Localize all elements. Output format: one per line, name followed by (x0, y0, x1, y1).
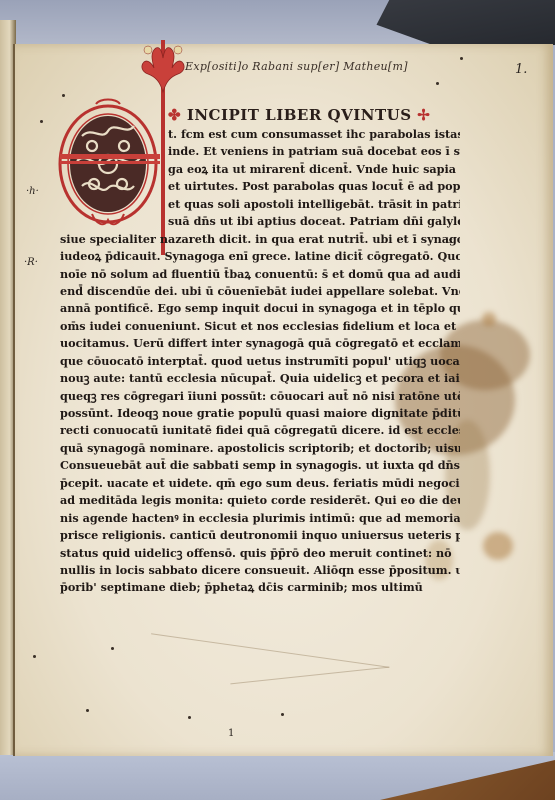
fleur-de-lis-ornament-icon (138, 42, 188, 97)
text-line: t. fcm est cum consumasset ihc parabolas… (60, 126, 460, 143)
text-line: annā pontificē. Ego semp inquit docui in… (60, 300, 460, 317)
pricking-dot (62, 94, 65, 97)
text-line: prisce religionis. canticū deutronomii i… (60, 527, 460, 544)
pricking-dot (40, 120, 43, 123)
text-line: et uirtutes. Post parabolas quas locut̄ … (60, 178, 460, 195)
pricking-dot (281, 713, 284, 716)
text-line: recti conuocatū iunitatē fidei quā cōgre… (60, 422, 460, 439)
pricking-dot (111, 647, 114, 650)
text-line: noīe nō solum ad fluentiū t̄baꝝ conuentū… (60, 266, 460, 283)
text-line: om̄s iudei conueniunt. Sicut et nos eccl… (60, 318, 460, 335)
margin-note-h: ·h· (26, 186, 39, 197)
incipit-text: INCIPIT LIBER QVINTUS (187, 106, 412, 124)
text-line: siue specialiter nazareth dicit. in qua … (60, 231, 460, 248)
text-line: ga eoꝝ ita ut mirarent̄ dicent̄. Vnde hu… (60, 161, 460, 178)
text-line: nouꝫ aute: tantū ecclesia nūcupat̄. Quia… (60, 370, 460, 387)
pricking-dot (460, 57, 463, 60)
running-header-note: Exp[ositi]o Rabani sup[er] Matheu[m] (185, 60, 408, 73)
pricking-dot (86, 709, 89, 712)
pricking-dot (436, 82, 439, 85)
water-stain-spot (483, 532, 513, 560)
text-line: p̄cepit. uacate et uidete. qm̄ ego sum d… (60, 475, 460, 492)
text-line: inde. Et veniens in patriam suā docebat … (60, 143, 460, 160)
text-line: possūnt. Ideoqꝫ noue gratie populū quasi… (60, 405, 460, 422)
text-line: end̄ discendūe dei. ubi ū cōuenīebāt iud… (60, 283, 460, 300)
text-line: ad meditāda legis monita: quieto corde r… (60, 492, 460, 509)
text-line: suā dn̄s ut ibi aptius doceat. Patriam d… (60, 213, 460, 230)
text-line: que cōuocatō interptat̄. quod uetus inst… (60, 353, 460, 370)
manuscript-text-block: t. fcm est cum consumasset ihc parabolas… (60, 126, 460, 597)
text-line: iudeoꝝ p̄dicauit. Synagoga enī grece. la… (60, 248, 460, 265)
text-line: nis agende hactenꝰ in ecclesia plurimis … (60, 510, 460, 527)
text-line: nullis in locis sabbato dicere consueuit… (60, 562, 460, 579)
text-line: queqꝫ res cōgregari īiuni possūt: cōuoca… (60, 388, 460, 405)
folio-number: 1. (515, 62, 527, 77)
pricking-dot (188, 716, 191, 719)
text-line: p̄orib' septimane dieb; p̄phetaꝝ dc̄is c… (60, 579, 460, 596)
text-line: uocitamus. Uerū differt inter synagogā q… (60, 335, 460, 352)
text-line: status quid uidelicꝫ offensō. quis p̄p̄r… (60, 545, 460, 562)
quire-mark: 1 (228, 728, 234, 739)
water-stain-spot-small (482, 312, 496, 326)
text-line: quā synagogā nominare. apostolicis scrip… (60, 440, 460, 457)
pricking-dot (33, 655, 36, 658)
incipit-rubric: ✤ INCIPIT LIBER QVINTUS ✢ (168, 106, 430, 124)
text-line: et quas soli apostoli intelligebāt. trās… (60, 196, 460, 213)
incipit-suffix-ornament-icon: ✢ (417, 106, 430, 124)
margin-note-r: ·R· (24, 257, 38, 268)
text-line: Consueuebāt aut̄ die sabbati semp in syn… (60, 457, 460, 474)
incipit-prefix-ornament-icon: ✤ (168, 106, 181, 124)
